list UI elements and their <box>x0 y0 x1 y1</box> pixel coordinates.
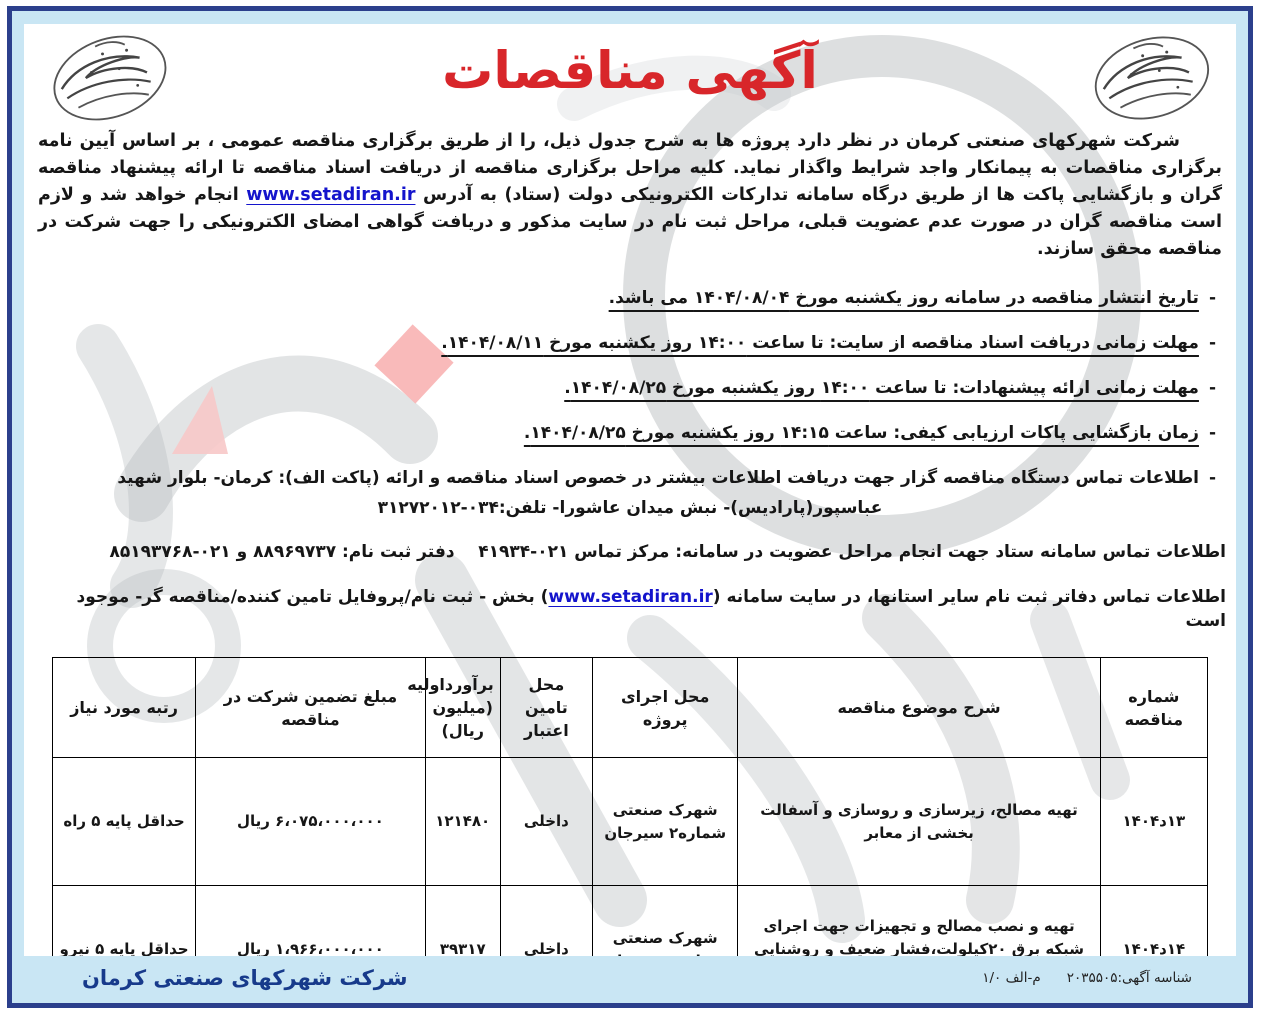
contact-text-before: اطلاعات تماس دفاتر ثبت نام سایر استانها،… <box>713 587 1226 607</box>
ad-frame: آگهی مناقصات شرکت شهرکهای صنعتی کرمان در… <box>7 6 1253 1008</box>
cell-subject: تهیه و نصب مصالح و تجهیزات جهت اجرای شبک… <box>738 886 1100 957</box>
cell-guarantee: ۱،۹۶۶،۰۰۰،۰۰۰ ریال <box>196 886 426 957</box>
bullet-text: مهلت زمانی ارائه پیشنهادات: تا ساعت ۱۴:۰… <box>564 378 1199 398</box>
ad-registration-codes: شناسه آگهی:۲۰۳۵۵۰۵ م-الف ۱/۰ <box>982 970 1192 986</box>
cell-subject: تهیه مصالح، زیرسازی و روسازی و آسفالت بخ… <box>738 758 1100 886</box>
col-header-guarantee: مبلغ تضمین شرکت در مناقصه <box>196 658 426 758</box>
bullet-text: مهلت زمانی دریافت اسناد مناقصه از سایت: … <box>441 333 1199 353</box>
company-seal-right-icon <box>34 28 184 128</box>
company-seal-left-icon <box>1076 28 1226 128</box>
bullet-docs-deadline: -مهلت زمانی دریافت اسناد مناقصه از سایت:… <box>44 332 1216 354</box>
bullet-text: تاریخ انتشار مناقصه در سامانه روز یکشنبه… <box>609 288 1199 308</box>
col-header-subject: شرح موضوع مناقصه <box>738 658 1100 758</box>
tender-table: شماره مناقصه شرح موضوع مناقصه محل اجرای … <box>52 657 1208 956</box>
cell-estimate: ۱۲۱۴۸۰ <box>425 758 500 886</box>
bullet-dash: - <box>1209 468 1216 488</box>
col-header-rank: رتبه مورد نیاز <box>53 658 196 758</box>
setadiran-link[interactable]: www.setadiran.ir <box>246 185 415 205</box>
cell-tender-no: ۱۳د۱۴۰۴ <box>1100 758 1207 886</box>
bullet-text: زمان بازگشایی پاکات ارزیابی کیفی: ساعت ۱… <box>524 423 1199 443</box>
offices-contact-line: اطلاعات تماس دفاتر ثبت نام سایر استانها،… <box>34 585 1226 633</box>
bullet-text: اطلاعات تماس دستگاه مناقصه گزار جهت دریا… <box>117 468 1199 488</box>
bullet-contact-info: -اطلاعات تماس دستگاه مناقصه گزار جهت دری… <box>44 467 1216 519</box>
setadiran-link-2[interactable]: www.setadiran.ir <box>548 587 712 607</box>
cell-funding: داخلی <box>500 886 592 957</box>
ad-id: شناسه آگهی:۲۰۳۵۵۰۵ <box>1067 970 1192 986</box>
bullet-dash: - <box>1209 423 1216 443</box>
cell-location: شهرک صنعتی شماره۲ سیرجان <box>593 758 738 886</box>
cell-rank: حداقل پایه ۵ راه <box>53 758 196 886</box>
bullet-list: -تاریخ انتشار مناقصه در سامانه روز یکشنب… <box>44 287 1216 519</box>
ad-content: آگهی مناقصات شرکت شهرکهای صنعتی کرمان در… <box>24 24 1236 956</box>
company-name: شرکت شهرکهای صنعتی کرمان <box>82 966 408 990</box>
bullet-dash: - <box>1209 333 1216 353</box>
col-header-estimate: برآورداولیه (میلیون ریال) <box>425 658 500 758</box>
header-row: آگهی مناقصات <box>34 28 1226 124</box>
bullet-opening-time: -زمان بازگشایی پاکات ارزیابی کیفی: ساعت … <box>44 422 1216 444</box>
cell-location: شهرک صنعتی شماره۲ سیرجان <box>593 886 738 957</box>
cell-funding: داخلی <box>500 758 592 886</box>
cell-estimate: ۳۹۳۱۷ <box>425 886 500 957</box>
col-header-tender-no: شماره مناقصه <box>1100 658 1207 758</box>
table-row: ۱۴د۱۴۰۴ تهیه و نصب مصالح و تجهیزات جهت ا… <box>53 886 1208 957</box>
col-header-funding: محل تامین اعتبار <box>500 658 592 758</box>
bullet-offer-deadline: -مهلت زمانی ارائه پیشنهادات: تا ساعت ۱۴:… <box>44 377 1216 399</box>
table-header-row: شماره مناقصه شرح موضوع مناقصه محل اجرای … <box>53 658 1208 758</box>
table-row: ۱۳د۱۴۰۴ تهیه مصالح، زیرسازی و روسازی و آ… <box>53 758 1208 886</box>
setad-contact-line: اطلاعات تماس سامانه ستاد جهت انجام مراحل… <box>34 540 1226 564</box>
bullet-dash: - <box>1209 288 1216 308</box>
cell-rank: حداقل پایه ۵ نیرو <box>53 886 196 957</box>
cell-guarantee: ۶،۰۷۵،۰۰۰،۰۰۰ ریال <box>196 758 426 886</box>
bullet-dash: - <box>1209 378 1216 398</box>
ad-title: آگهی مناقصات <box>184 28 1076 101</box>
col-header-location: محل اجرای پروژه <box>593 658 738 758</box>
ad-code: م-الف ۱/۰ <box>982 970 1040 986</box>
bullet-publish-date: -تاریخ انتشار مناقصه در سامانه روز یکشنب… <box>44 287 1216 309</box>
intro-paragraph: شرکت شهرکهای صنعتی کرمان در نظر دارد پرو… <box>38 128 1222 263</box>
bullet-text-line2: عباسپور(پارادیس)- نبش میدان عاشورا- تلفن… <box>44 497 1216 519</box>
cell-tender-no: ۱۴د۱۴۰۴ <box>1100 886 1207 957</box>
footer-strip: شناسه آگهی:۲۰۳۵۵۰۵ م-الف ۱/۰ شرکت شهرکها… <box>22 959 1238 997</box>
